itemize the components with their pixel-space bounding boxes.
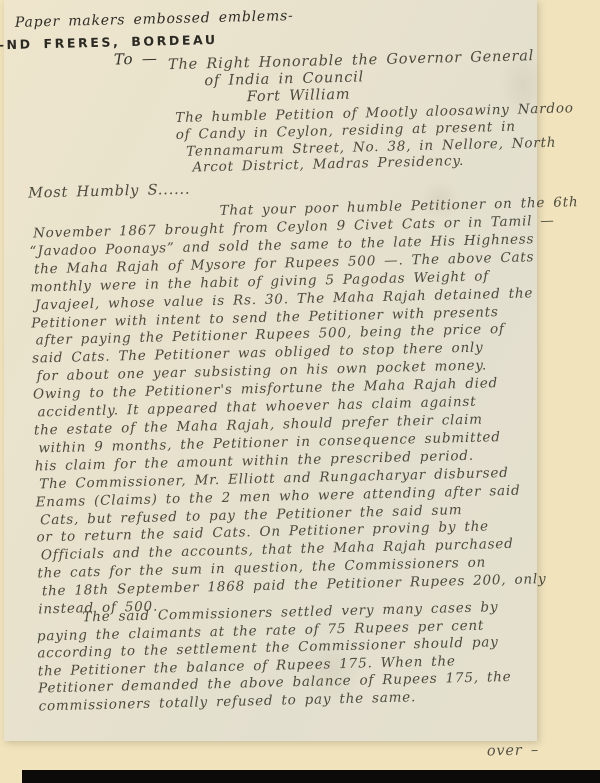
petition-intro-block: The humble Petition of Mootly aloosawiny… <box>175 100 575 177</box>
over-note: over – <box>487 742 539 759</box>
letter-content: Paper makers embossed emblems- —ND FRERE… <box>0 0 600 783</box>
scanned-letter-page: { "document": { "annotations": { "paper_… <box>0 0 600 783</box>
archivist-note-paper-makers: Paper makers embossed emblems- <box>15 8 294 31</box>
body-paragraph-2: The said Commissioners settled very many… <box>36 599 512 716</box>
addressee-block: The Right Honorable the Governor General… <box>168 48 535 108</box>
to-label: To — <box>114 49 158 68</box>
body-paragraph-1: November 1867 brought from Ceylon 9 Cive… <box>29 213 564 620</box>
salutation-line: Most Humbly S...... <box>28 182 191 202</box>
scan-edge-bar <box>22 770 600 783</box>
paper-maker-mark-text: —ND FRERES, BORDEAU <box>0 32 218 53</box>
